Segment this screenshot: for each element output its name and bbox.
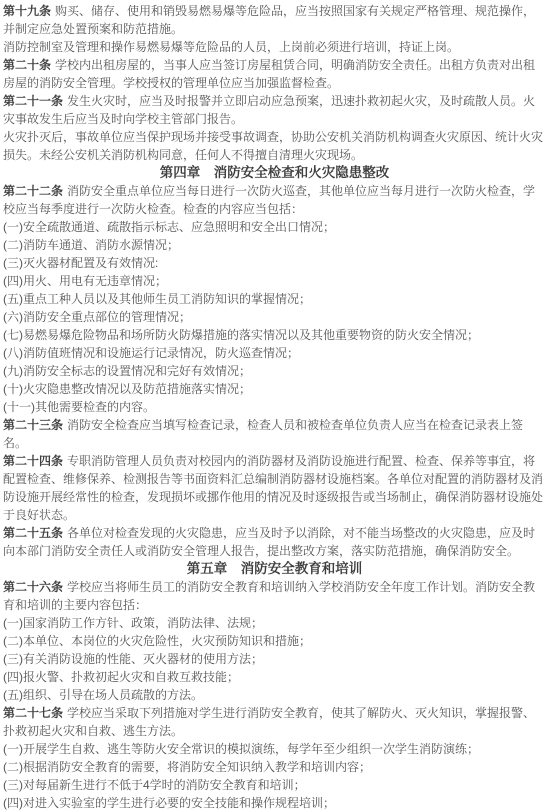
article-paragraph: 第二十四条专职消防管理人员负责对校园内的消防器材及消防设施进行配置、检查、保养等… xyxy=(3,452,546,524)
article-number-label: 第二十五条 xyxy=(3,526,63,540)
list-item-paragraph: (七)易燃易爆危险物品和场所防火防爆措施的落实情况以及其他重要物资的防火安全情况… xyxy=(3,326,546,344)
article-text: 学校内出租房屋的，当事人应当签订房屋租赁合同，明确消防安全责任。出租方负责对出租… xyxy=(3,58,535,90)
chapter-heading: 第五章 消防安全教育和培训 xyxy=(3,560,546,578)
article-number-label: 第二十条 xyxy=(3,58,51,72)
list-item-paragraph: (三)灭火器材配置及有效情况: xyxy=(3,254,546,272)
list-item-paragraph: (五)重点工种人员以及其他师生员工消防知识的掌握情况； xyxy=(3,290,546,308)
article-number-label: 第十九条 xyxy=(3,4,51,18)
list-item-paragraph: (九)消防安全标志的设置情况和完好有效情况； xyxy=(3,362,546,380)
article-number-label: 第二十六条 xyxy=(3,580,63,594)
list-item-paragraph: (一)开展学生自救、逃生等防火安全常识的模拟演练，每学年至少组织一次学生消防演练… xyxy=(3,740,546,758)
list-item-paragraph: (二)消防车通道、消防水源情况； xyxy=(3,236,546,254)
list-item-paragraph: (十一)其他需要检查的内容。 xyxy=(3,398,546,416)
article-paragraph: 第十九条购买、储存、使用和销毁易燃易爆等危险品，应当按照国家有关规定严格管理、规… xyxy=(3,2,546,38)
list-item-paragraph: (六)消防安全重点部位的管理情况； xyxy=(3,308,546,326)
paragraph: 火灾扑灭后，事故单位应当保护现场并接受事故调查，协助公安机关消防机构调查火灾原因… xyxy=(3,128,546,164)
paragraph: 消防控制室及管理和操作易燃易爆等危险品的人员，上岗前必须进行培训，持证上岗。 xyxy=(3,38,546,56)
list-item-paragraph: (四)用火、用电有无违章情况； xyxy=(3,272,546,290)
list-item-paragraph: (四)对进入实验室的学生进行必要的安全技能和操作规程培训； xyxy=(3,794,546,811)
list-item-paragraph: (二)根据消防安全教育的需要，将消防安全知识纳入教学和培训内容； xyxy=(3,758,546,776)
list-item-paragraph: (三)对每届新生进行不低于4学时的消防安全教育和培训； xyxy=(3,776,546,794)
article-number-label: 第二十二条 xyxy=(3,184,63,198)
article-text: 消防安全检查应当填写检查记录，检查人员和被检查单位负责人应当在检查记录表上签名。 xyxy=(3,418,523,450)
article-text: 消防安全重点单位应当每日进行一次防火巡查，其他单位应当每月进行一次防火检查，学校… xyxy=(3,184,535,216)
article-paragraph: 第二十二条消防安全重点单位应当每日进行一次防火巡查，其他单位应当每月进行一次防火… xyxy=(3,182,546,218)
article-paragraph: 第二十六条学校应当将师生员工的消防安全教育和培训纳入学校消防安全年度工作计划。消… xyxy=(3,578,546,614)
chapter-heading: 第四章 消防安全检查和火灾隐患整改 xyxy=(3,164,546,182)
article-paragraph: 第二十一条发生火灾时，应当及时报警并立即启动应急预案，迅速扑救初起火灾，及时疏散… xyxy=(3,92,546,128)
article-number-label: 第二十四条 xyxy=(3,454,63,468)
list-item-paragraph: (二)本单位、本岗位的火灾危险性，火灾预防知识和措施； xyxy=(3,632,546,650)
article-paragraph: 第二十三条消防安全检查应当填写检查记录，检查人员和被检查单位负责人应当在检查记录… xyxy=(3,416,546,452)
article-text: 各单位对检查发现的火灾隐患，应当及时予以消除，对不能当场整改的火灾隐患，应及时向… xyxy=(3,526,535,558)
article-text: 购买、储存、使用和销毁易燃易爆等危险品，应当按照国家有关规定严格管理、规范操作，… xyxy=(3,4,535,36)
document-page: 第十九条购买、储存、使用和销毁易燃易爆等危险品，应当按照国家有关规定严格管理、规… xyxy=(0,0,546,811)
article-text: 学校应当将师生员工的消防安全教育和培训纳入学校消防安全年度工作计划。消防安全教育… xyxy=(3,580,535,612)
article-paragraph: 第二十条学校内出租房屋的，当事人应当签订房屋租赁合同，明确消防安全责任。出租方负… xyxy=(3,56,546,92)
article-text: 发生火灾时，应当及时报警并立即启动应急预案，迅速扑救初起火灾，及时疏散人员。火灾… xyxy=(3,94,535,126)
article-text: 专职消防管理人员负责对校园内的消防器材及消防设施进行配置、检查、保养等事宜，将配… xyxy=(3,454,543,522)
list-item-paragraph: (一)国家消防工作方针、政策，消防法律、法规； xyxy=(3,614,546,632)
list-item-paragraph: (四)报火警、扑救初起火灾和自救互救技能； xyxy=(3,668,546,686)
article-paragraph: 第二十七条学校应当采取下列措施对学生进行消防安全教育，使其了解防火、灭火知识，掌… xyxy=(3,704,546,740)
article-paragraph: 第二十五条各单位对检查发现的火灾隐患，应当及时予以消除，对不能当场整改的火灾隐患… xyxy=(3,524,546,560)
article-number-label: 第二十七条 xyxy=(3,706,63,720)
article-number-label: 第二十三条 xyxy=(3,418,63,432)
list-item-paragraph: (一)安全疏散通道、疏散指示标志、应急照明和安全出口情况； xyxy=(3,218,546,236)
list-item-paragraph: (三)有关消防设施的性能、灭火器材的使用方法； xyxy=(3,650,546,668)
article-text: 学校应当采取下列措施对学生进行消防安全教育，使其了解防火、灭火知识，掌握报警、扑… xyxy=(3,706,535,738)
article-number-label: 第二十一条 xyxy=(3,94,63,108)
list-item-paragraph: (八)消防值班情况和设施运行记录情况，防火巡查情况； xyxy=(3,344,546,362)
list-item-paragraph: (十)火灾隐患整改情况以及防范措施落实情况； xyxy=(3,380,546,398)
list-item-paragraph: (五)组织、引导在场人员疏散的方法。 xyxy=(3,686,546,704)
